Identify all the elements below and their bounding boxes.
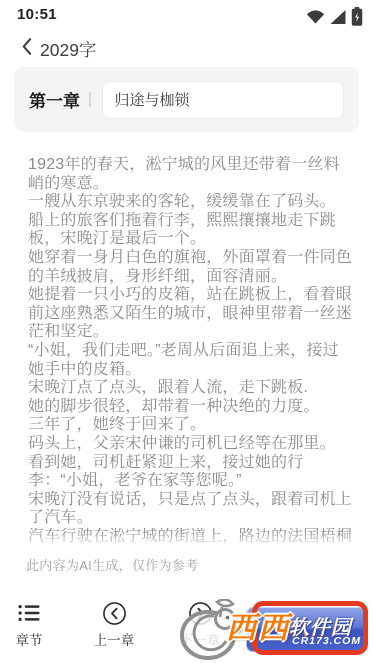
body-line: 宋晚汀没有说话，只是点了点头，跟着司机上 <box>28 491 352 510</box>
prev-chapter-icon <box>102 600 127 626</box>
body-line: 一艘从东京驶来的客轮，缓缓靠在了码头。 <box>28 193 352 212</box>
body-line: 1923年的春天，淞宁城的风里还带着一丝料 <box>28 156 352 175</box>
body-line: 看到她，司机赶紧迎上来，接过她的行 <box>28 454 352 473</box>
divider <box>89 92 91 107</box>
watermark-site-url: CR173.COM <box>292 635 361 647</box>
body-line: 前这座熟悉又陌生的城市，眼神里带着一丝迷 <box>28 305 352 324</box>
ai-disclaimer: 此内容为AI生成，仅作为参考 <box>26 555 198 574</box>
body-line: 汽车行驶在淞宁城的街道上，路边的法国梧桐 <box>28 528 352 544</box>
body-text[interactable]: 1923年的春天，淞宁城的风里还带着一丝料峭的寒意。一艘从东京驶来的客轮，缓缓靠… <box>28 156 352 544</box>
cellular-signal-icon <box>330 10 346 24</box>
body-line: 茫和坚定。 <box>28 323 352 342</box>
body-line: 李：“小姐，老爷在家等您呢。” <box>28 472 352 491</box>
nav-label: 章节 <box>16 629 43 649</box>
body-line: 她穿着一身月白色的旗袍，外面罩着一件同色 <box>28 249 352 268</box>
body-line: 船上的旅客们拖着行李，熙熙攘攘地走下跳 <box>28 212 352 231</box>
nav-item-prev-chapter[interactable]: 上一章 <box>82 600 146 649</box>
body-line: 板，宋晚汀是最后一个。 <box>28 230 352 249</box>
body-line: 宋晚汀点了点头，跟着人流，走下跳板. <box>28 379 352 398</box>
header: 2029字 <box>0 33 373 65</box>
chapter-title-input[interactable] <box>102 81 345 119</box>
battery-charging-icon <box>351 7 363 26</box>
body-line: 峭的寒意。 <box>28 175 352 194</box>
body-line: 了汽车。 <box>28 509 352 528</box>
chapter-list-icon <box>18 600 41 626</box>
wifi-icon <box>306 9 325 24</box>
nav-item-chapters[interactable]: 章节 <box>0 600 61 649</box>
status-time: 10:51 <box>17 6 57 23</box>
app-screen: 10:51 2029字 第一章 <box>0 0 373 663</box>
back-chevron-icon <box>21 37 32 61</box>
body-line: “小姐，我们走吧。”老周从后面追上来，接过 <box>28 342 352 361</box>
body-line: 她的脚步很轻，却带着一种决绝的力度。 <box>28 398 352 417</box>
word-count: 2029字 <box>40 37 96 62</box>
body-line: 她手中的皮箱。 <box>28 361 352 380</box>
body-line: 的羊绒披肩，身形纤细，面容清丽。 <box>28 268 352 287</box>
body-line: 码头上，父亲宋仲谦的司机已经等在那里。 <box>28 435 352 454</box>
chapter-card: 第一章 <box>14 67 359 132</box>
status-bar: 10:51 <box>0 0 373 28</box>
chapter-number-label: 第一章 <box>29 87 80 112</box>
nav-label: 上一章 <box>94 629 135 649</box>
body-line: 她提着一只小巧的皮箱，站在跳板上，看着眼 <box>28 286 352 305</box>
watermark-brand-text: 西西 <box>226 606 290 651</box>
body-line: 三年了，她终于回来了。 <box>28 416 352 435</box>
status-icons <box>306 7 363 26</box>
back-button[interactable] <box>14 37 38 61</box>
